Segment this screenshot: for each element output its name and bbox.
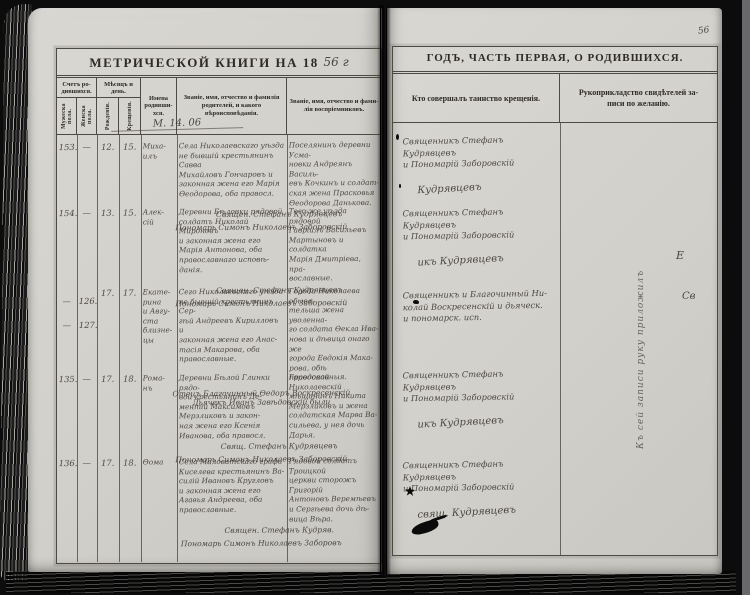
godparents-text: Того же уѣзда рядовой Гавріилъ Васильевъ… bbox=[287, 206, 382, 283]
table-body: Священникъ Стефанъ Кудрявцевъ и Пономарі… bbox=[393, 123, 717, 555]
priest-signature: Кудрявцевъ bbox=[417, 181, 482, 195]
book-spread: { "colors":{"background":"#0c0c0c","page… bbox=[0, 0, 750, 595]
male-count: 136. bbox=[57, 458, 77, 525]
child-name: Алек- сій bbox=[141, 207, 178, 284]
column-divider bbox=[560, 123, 561, 555]
priest-text: Священникъ Стефанъ Кудрявцевъ и Пономарі… bbox=[402, 206, 555, 243]
female-count: — bbox=[77, 208, 98, 285]
officiant-note: Священ. Стефанъ Кудряв. bbox=[177, 525, 381, 535]
priest-text: Священникъ Стефанъ Кудрявцевъ и Пономарі… bbox=[402, 458, 555, 495]
margin-mark: Е bbox=[676, 249, 684, 262]
title-year-handwritten: 56 г bbox=[323, 55, 348, 69]
margin-mark: Св bbox=[682, 291, 695, 302]
column-header-priest: Кто совершалъ таинство крещенія. bbox=[393, 74, 560, 122]
table-row: Священникъ Стефанъ Кудрявцевъ и Пономарі… bbox=[402, 368, 555, 431]
margin-note-vertical: Къ сей записи руку приложилъ bbox=[636, 139, 646, 449]
parents-text: Деревни Бѣловки рядовой солдатъ Николай … bbox=[177, 207, 288, 285]
column-header-count: Счетъ ро- дившихся. bbox=[57, 78, 97, 98]
ink-blot bbox=[413, 300, 419, 304]
page-title: ГОДЪ, ЧАСТЬ ПЕРВАЯ, О РОДИВШИХСЯ. bbox=[393, 47, 717, 74]
birth-day: 17. bbox=[97, 288, 120, 384]
table-row: Священникъ Стефанъ Кудрявцевъ и Пономарі… bbox=[402, 134, 555, 197]
female-count: — bbox=[77, 374, 97, 441]
officiant-note: Свящ. Стефанъ Кудрявцевъ bbox=[177, 441, 381, 451]
priest-signature: икъ Кудрявцевъ bbox=[417, 253, 504, 269]
book-cover-edge bbox=[742, 0, 750, 595]
female-count: — bbox=[77, 142, 97, 209]
priest-signature: икъ Кудрявцевъ bbox=[417, 415, 504, 431]
table-row: Священникъ Стефанъ Кудрявцевъ и Пономарі… bbox=[402, 458, 555, 521]
female-count: — bbox=[77, 458, 97, 525]
baptism-day: 18. bbox=[119, 374, 141, 441]
priest-text: Священникъ и Благочинный Ни- колай Воскр… bbox=[403, 288, 556, 325]
title-printed-text: МЕТРИЧЕСКОЙ КНИГИ НА 18 bbox=[89, 55, 318, 70]
parents-text: Сего Николаевскаго уѣзда не бывшій крест… bbox=[177, 287, 288, 384]
godparents-text: Рядовой солдатъ Троицкой церкви сторожъ … bbox=[287, 456, 381, 524]
parents-text: Села Николаевскаго уѣзда не бывшій крест… bbox=[177, 141, 287, 209]
page-number: 56 bbox=[697, 25, 710, 36]
page-edge-stack-bottom bbox=[6, 571, 736, 593]
column-header-male: Мужеска пола. bbox=[61, 98, 73, 134]
child-name: Ѳома bbox=[141, 457, 177, 524]
column-header-witnesses: Рукоприкладство свидѣтелей за- писи по ж… bbox=[560, 74, 717, 122]
child-name: Рома- нъ bbox=[141, 373, 177, 440]
right-page: 56 ГОДЪ, ЧАСТЬ ПЕРВАЯ, О РОДИВШИХСЯ. Кто… bbox=[386, 8, 722, 574]
male-count: 135. bbox=[57, 374, 77, 441]
priest-signature: свящ. Кудрявцевъ bbox=[417, 504, 516, 520]
column-header-female: Женска пола. bbox=[81, 98, 93, 134]
baptism-day: 17. bbox=[119, 288, 142, 384]
table-row: Священникъ Стефанъ Кудрявцевъ и Пономарі… bbox=[402, 206, 555, 269]
ink-speck bbox=[396, 134, 399, 140]
birth-day: 17. bbox=[97, 458, 119, 525]
table-row: 136. — 17. 18. Ѳома Села Маловатскаго гр… bbox=[57, 456, 382, 550]
male-count: 153. bbox=[57, 142, 77, 209]
ink-speck bbox=[399, 184, 401, 188]
table-row: Священникъ и Благочинный Ни- колай Воскр… bbox=[403, 288, 556, 343]
priest-text: Священникъ Стефанъ Кудрявцевъ и Пономарі… bbox=[402, 134, 555, 171]
column-header-godparents: Званіе, имя, отчество и фами- лія воспрі… bbox=[287, 78, 381, 134]
column-header-date: Мѣсяцъ и день. bbox=[97, 78, 141, 98]
baptism-day: 15. bbox=[119, 208, 142, 285]
godparents-text: Городовой Николаевскій мѣщанинъ Никита М… bbox=[287, 372, 381, 440]
table-body: М. 14. 06 153. — 12. 15. Миха- илъ Села … bbox=[57, 135, 381, 562]
clerk-note: Пономарь Симонъ Николаевъ Заборовъ bbox=[141, 538, 381, 549]
godparents-text: Поселянинъ деревни Усма- новки Андреянъ … bbox=[287, 140, 381, 208]
left-page: МЕТРИЧЕСКОЙ КНИГИ НА 18 56 г Счетъ ро- д… bbox=[28, 8, 382, 572]
table-row: 135. — 17. 18. Рома- нъ Деревни Бѣлой Гл… bbox=[57, 372, 382, 466]
birth-day: 13. bbox=[97, 208, 120, 285]
priest-text: Священникъ Стефанъ Кудрявцевъ и Пономарі… bbox=[402, 368, 555, 405]
baptism-day: 15. bbox=[119, 142, 141, 209]
parents-text: Деревни Бѣлой Глинки рядо- вой крестьяни… bbox=[177, 373, 287, 441]
birth-day: 12. bbox=[97, 142, 119, 209]
child-name: Екате- рина и Авгу- ста близне- цы bbox=[141, 287, 178, 383]
column-header-born: Рожденія. bbox=[105, 102, 111, 130]
column-headers: Кто совершалъ таинство крещенія. Рукопри… bbox=[393, 74, 717, 123]
child-name: Миха- илъ bbox=[141, 141, 177, 208]
book-binding bbox=[377, 5, 391, 577]
birth-day: 17. bbox=[97, 374, 119, 441]
female-count: 126. 127. bbox=[77, 288, 98, 384]
male-count: 154. bbox=[57, 208, 78, 285]
register-table-right: ГОДЪ, ЧАСТЬ ПЕРВАЯ, О РОДИВШИХСЯ. Кто со… bbox=[392, 46, 718, 556]
baptism-day: 18. bbox=[119, 458, 141, 525]
register-table-left: МЕТРИЧЕСКОЙ КНИГИ НА 18 56 г Счетъ ро- д… bbox=[56, 48, 382, 564]
parents-text: Села Маловатскаго графа Киселева крестья… bbox=[177, 457, 287, 525]
male-count: — — bbox=[57, 288, 78, 384]
page-title: МЕТРИЧЕСКОЙ КНИГИ НА 18 56 г bbox=[57, 49, 381, 78]
godparents-text: Города Николаева обыва- тельша жена увол… bbox=[287, 286, 382, 383]
